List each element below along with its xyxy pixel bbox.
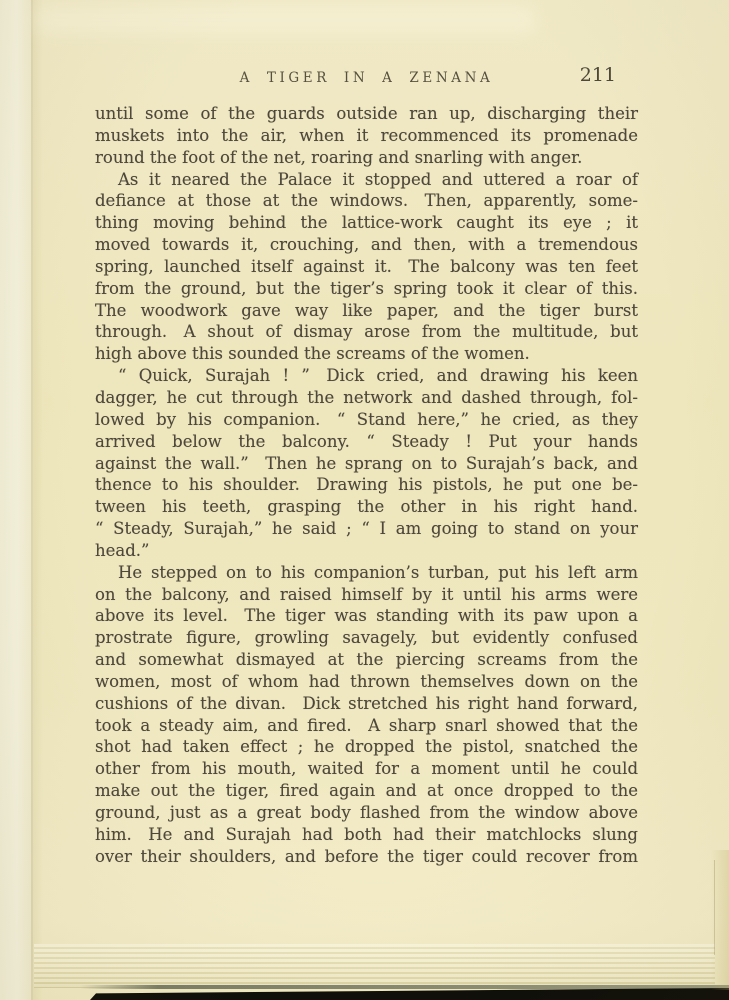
text-line: ground, just as a great body flashed fro… [95, 802, 638, 824]
text-line: through. A shout of dismay arose from th… [95, 321, 638, 343]
gutter-shadow [33, 0, 43, 1000]
text-block: until some of the guards outside ran up,… [95, 103, 638, 868]
text-line: muskets into the air, when it recommence… [95, 125, 638, 147]
book-page-scan: A TIGER IN A ZENANA 211 until some of th… [0, 0, 729, 1000]
text-line: dagger, he cut through the network and d… [95, 387, 638, 409]
text-line: on the balcony, and raised himself by it… [95, 584, 638, 606]
text-line: prostrate figure, growling savagely, but… [95, 627, 638, 649]
text-line: and somewhat dismayed at the piercing sc… [95, 649, 638, 671]
text-line: from the ground, but the tiger’s spring … [95, 278, 638, 300]
page-top-edge-highlight [36, 5, 536, 35]
text-line: round the foot of the net, roaring and s… [95, 147, 638, 169]
text-line: “ Steady, Surajah,” he said ; “ I am goi… [95, 518, 638, 540]
text-line: arrived below the balcony. “ Steady ! Pu… [95, 431, 638, 453]
text-line: He stepped on to his companion’s turban,… [95, 562, 638, 584]
text-line: lowed by his companion. “ Stand here,” h… [95, 409, 638, 431]
text-line: As it neared the Palace it stopped and u… [95, 169, 638, 191]
text-line: spring, launched itself against it. The … [95, 256, 638, 278]
book-board-edge [0, 988, 729, 1000]
text-line: defiance at those at the windows. Then, … [95, 190, 638, 212]
text-line: took a steady aim, and fired. A sharp sn… [95, 715, 638, 737]
text-line: against the wall.” Then he sprang on to … [95, 453, 638, 475]
text-line: make out the tiger, fired again and at o… [95, 780, 638, 802]
text-line: over their shoulders, and before the tig… [95, 846, 638, 868]
page-right-edge-line [714, 860, 715, 955]
text-line: The woodwork gave way like paper, and th… [95, 300, 638, 322]
text-line: moved towards it, crouching, and then, w… [95, 234, 638, 256]
text-line: above its level. The tiger was standing … [95, 605, 638, 627]
text-line: “ Quick, Surajah ! ” Dick cried, and dra… [95, 365, 638, 387]
text-line: high above this sounded the screams of t… [95, 343, 638, 365]
text-line: cushions of the divan. Dick stretched hi… [95, 693, 638, 715]
page-stack-edges [34, 944, 715, 988]
text-line: him. He and Surajah had both had their m… [95, 824, 638, 846]
text-line: other from his mouth, waited for a momen… [95, 758, 638, 780]
text-line: thence to his shoulder. Drawing his pist… [95, 474, 638, 496]
page-gutter-edge [0, 0, 33, 1000]
text-line: thing moving behind the lattice-work cau… [95, 212, 638, 234]
page-number: 211 [580, 64, 616, 86]
text-line: head.” [95, 540, 638, 562]
text-line: tween his teeth, grasping the other in h… [95, 496, 638, 518]
running-header: A TIGER IN A ZENANA [95, 70, 638, 92]
text-line: women, most of whom had thrown themselve… [95, 671, 638, 693]
text-line: until some of the guards outside ran up,… [95, 103, 638, 125]
page-stack-rim [80, 985, 729, 989]
running-head-title: A TIGER IN A ZENANA [95, 70, 638, 86]
text-line: shot had taken effect ; he dropped the p… [95, 736, 638, 758]
